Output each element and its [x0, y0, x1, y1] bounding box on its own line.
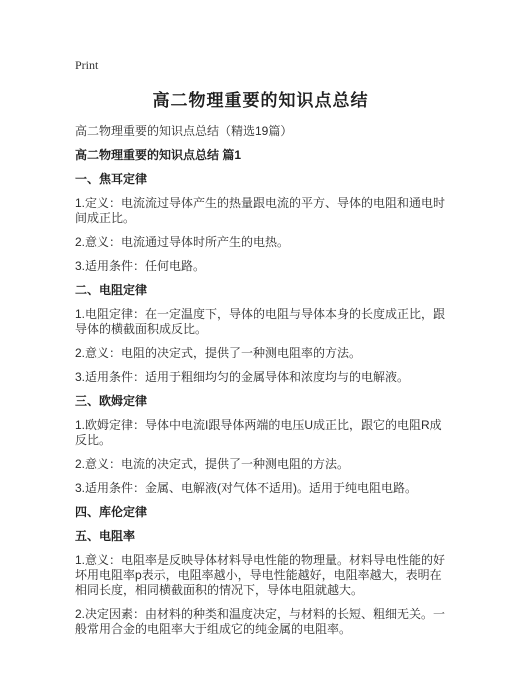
paragraph: 3.适用条件：任何电路。 — [75, 259, 446, 274]
paragraph: 2.决定因素：由材料的种类和温度决定，与材料的长短、粗细无关。一般常用合金的电阻… — [75, 607, 446, 637]
page-subtitle: 高二物理重要的知识点总结（精选19篇） — [75, 124, 446, 139]
section-heading: 五、电阻率 — [75, 529, 446, 544]
paragraph: 3.适用条件：适用于粗细均匀的金属导体和浓度均与的电解液。 — [75, 370, 446, 385]
page-title: 高二物理重要的知识点总结 — [75, 90, 446, 111]
document-blocks: 高二物理重要的知识点总结 篇1一、焦耳定律1.定义：电流流过导体产生的热量跟电流… — [75, 148, 446, 637]
document-page: Print 高二物理重要的知识点总结 高二物理重要的知识点总结（精选19篇） 高… — [0, 0, 520, 673]
paragraph: 1.欧姆定律：导体中电流I跟导体两端的电压U成正比，跟它的电阻R成反比。 — [75, 418, 446, 448]
paragraph: 1.定义：电流流过导体产生的热量跟电流的平方、导体的电阻和通电时间成正比。 — [75, 196, 446, 226]
section-heading: 四、库伦定律 — [75, 505, 446, 520]
paragraph: 3.适用条件：金属、电解液(对气体不适用)。适用于纯电阻电路。 — [75, 481, 446, 496]
section-heading: 三、欧姆定律 — [75, 394, 446, 409]
paragraph: 2.意义：电流的决定式，提供了一种测电阻的方法。 — [75, 457, 446, 472]
print-button[interactable]: Print — [75, 58, 98, 72]
paragraph: 1.电阻定律：在一定温度下，导体的电阻与导体本身的长度成正比，跟导体的横截面积成… — [75, 307, 446, 337]
section-heading: 一、焦耳定律 — [75, 172, 446, 187]
paragraph: 1.意义：电阻率是反映导体材料导电性能的物理量。材料导电性能的好坏用电阻率p表示… — [75, 553, 446, 598]
section-heading: 二、电阻定律 — [75, 283, 446, 298]
paragraph: 2.意义：电阻的决定式，提供了一种测电阻率的方法。 — [75, 346, 446, 361]
section-heading: 高二物理重要的知识点总结 篇1 — [75, 148, 446, 163]
paragraph: 2.意义：电流通过导体时所产生的电热。 — [75, 235, 446, 250]
